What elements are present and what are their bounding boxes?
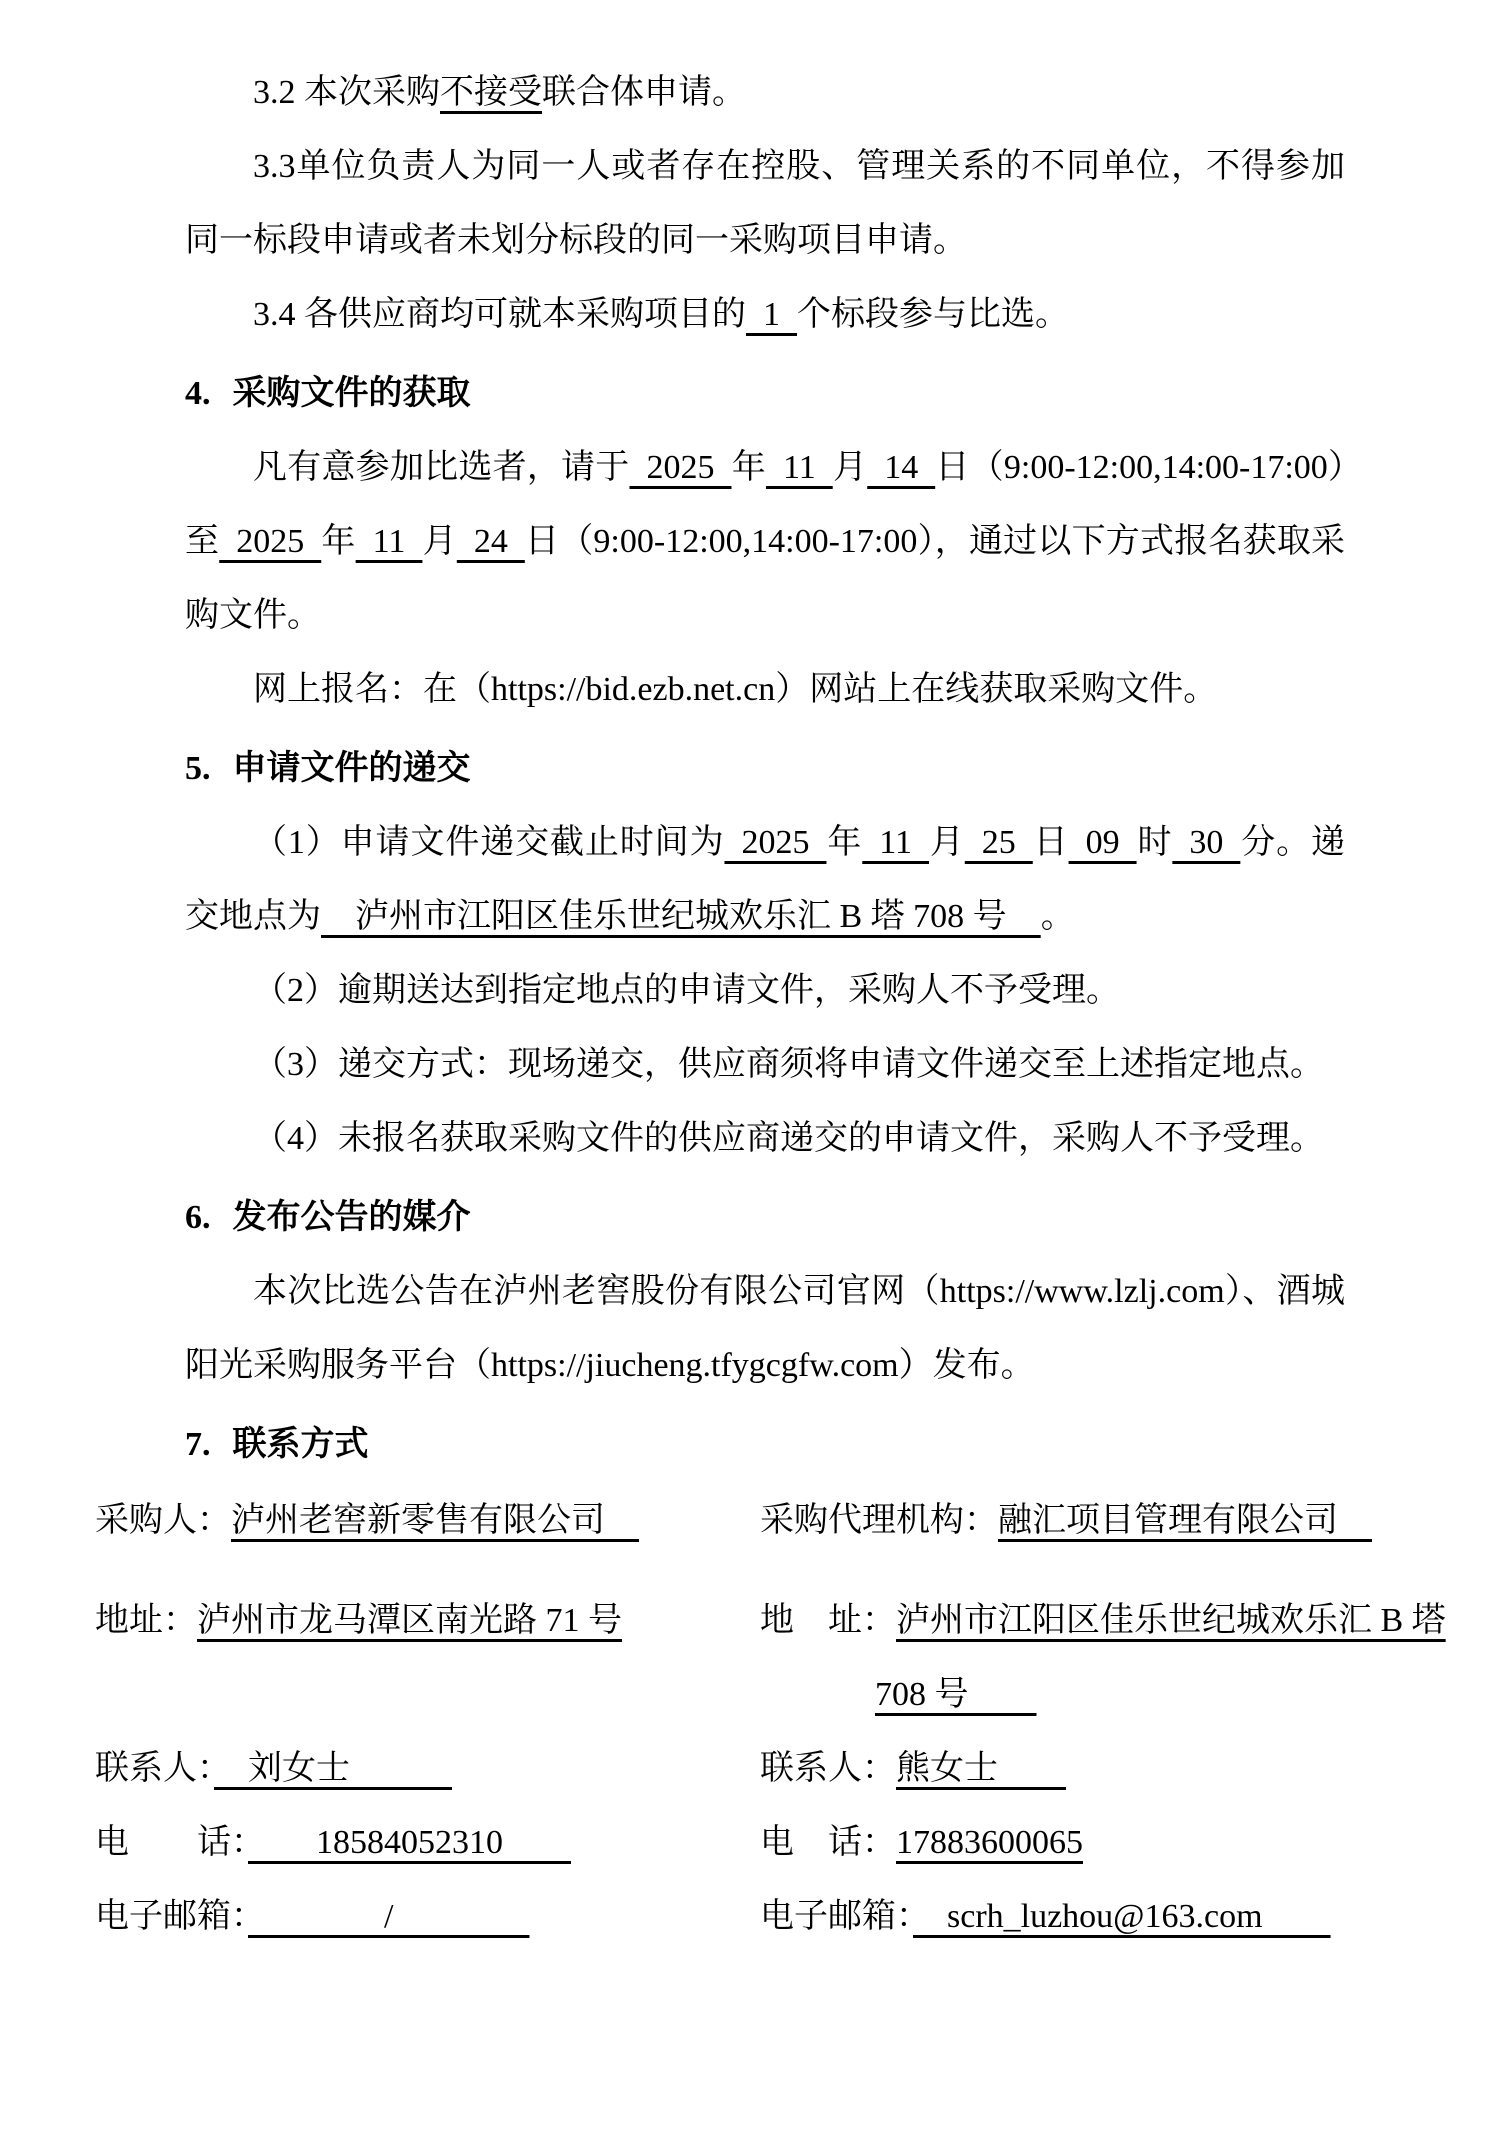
contact-cell-left: 采购人：泸州老窖新零售有限公司 bbox=[95, 1484, 740, 1558]
text-run: 日 bbox=[1033, 824, 1069, 861]
heading-number: 7. bbox=[185, 1426, 211, 1463]
underlined-text-run: 11 bbox=[862, 824, 929, 861]
underlined-text-run: 25 bbox=[965, 824, 1033, 861]
text-run: 3.4 各供应商均可就本采购项目的 bbox=[253, 296, 746, 333]
heading-number: 6. bbox=[185, 1199, 211, 1236]
heading-title: 申请文件的递交 bbox=[233, 749, 471, 787]
contact-value: 708 号 bbox=[875, 1676, 1037, 1713]
underlined-text-run: 09 bbox=[1069, 824, 1137, 861]
text-run: 联合体申请。 bbox=[542, 74, 746, 111]
contact-value: 18584052310 bbox=[248, 1824, 571, 1861]
contact-value: 融汇项目管理有限公司 bbox=[998, 1502, 1372, 1539]
text-run: 网上报名：在（https://bid.ezb.net.cn）网站上在线获取采购文… bbox=[253, 671, 1217, 708]
heading-title: 采购文件的获取 bbox=[233, 374, 471, 412]
text-run: 时 bbox=[1137, 824, 1173, 861]
paragraph-section-5-2: （2）逾期送达到指定地点的申请文件，采购人不予受理。 bbox=[185, 954, 1345, 1028]
contact-label: 联系人： bbox=[95, 1750, 214, 1787]
underlined-text-run: 泸州市江阳区佳乐世纪城欢乐汇 B 塔 708 号 bbox=[321, 898, 1041, 935]
contact-cell-right: 电子邮箱： scrh_luzhou@163.com bbox=[740, 1880, 1460, 1954]
contact-value: 刘女士 bbox=[214, 1750, 452, 1787]
contact-value: 泸州市龙马潭区南光路 71 号 bbox=[197, 1602, 622, 1639]
text-run: 个标段参与比选。 bbox=[797, 296, 1069, 333]
underlined-text-run: 2025 bbox=[630, 449, 732, 486]
paragraph-section-5-4: （4）未报名获取采购文件的供应商递交的申请文件，采购人不予受理。 bbox=[185, 1102, 1345, 1176]
section-heading-7: 7.联系方式 bbox=[185, 1407, 1345, 1482]
contact-value: scrh_luzhou@163.com bbox=[913, 1898, 1331, 1935]
contact-row: 电 话： 18584052310 电 话：17883600065 bbox=[95, 1806, 1460, 1880]
contact-value: 泸州老窖新零售有限公司 bbox=[231, 1502, 639, 1539]
contact-label: 电 话： bbox=[95, 1824, 248, 1861]
section-heading-5: 5.申请文件的递交 bbox=[185, 731, 1345, 806]
contact-cell-left: 联系人： 刘女士 bbox=[95, 1732, 740, 1806]
underlined-text-run: 不接受 bbox=[440, 74, 542, 111]
underlined-text-run: 2025 bbox=[724, 824, 826, 861]
contact-row: 电子邮箱： / 电子邮箱： scrh_luzhou@163.com bbox=[95, 1880, 1460, 1954]
contact-label: 采购代理机构： bbox=[760, 1502, 998, 1539]
text-run: （1）申请文件递交截止时间为 bbox=[253, 824, 724, 861]
contact-value: 17883600065 bbox=[896, 1824, 1083, 1861]
contact-cell-right: 地 址：泸州市江阳区佳乐世纪城欢乐汇 B 塔708 号 bbox=[740, 1584, 1460, 1732]
heading-title: 发布公告的媒介 bbox=[233, 1198, 471, 1236]
document-page: 3.2 本次采购不接受联合体申请。3.3单位负责人为同一人或者存在控股、管理关系… bbox=[0, 0, 1500, 2133]
paragraph-section-4-1: 凡有意参加比选者，请于 2025 年 11 月 14 日（9:00-12:00,… bbox=[185, 431, 1345, 653]
contact-label: 地址： bbox=[95, 1602, 197, 1639]
text-run: （3）递交方式：现场递交，供应商须将申请文件递交至上述指定地点。 bbox=[253, 1046, 1324, 1083]
contact-cell-left: 地址：泸州市龙马潭区南光路 71 号 bbox=[95, 1584, 740, 1658]
section-heading-4: 4.采购文件的获取 bbox=[185, 356, 1345, 431]
text-run: 年 bbox=[826, 824, 862, 861]
text-run: 凡有意参加比选者，请于 bbox=[253, 449, 630, 486]
contact-value: 泸州市江阳区佳乐世纪城欢乐汇 B 塔 bbox=[896, 1602, 1446, 1639]
contact-cell-left: 电子邮箱： / bbox=[95, 1880, 740, 1954]
text-run: （2）逾期送达到指定地点的申请文件，采购人不予受理。 bbox=[253, 972, 1120, 1009]
heading-number: 4. bbox=[185, 375, 211, 412]
underlined-text-run: 24 bbox=[457, 523, 525, 560]
underlined-text-run: 14 bbox=[867, 449, 935, 486]
contact-cell-left: 电 话： 18584052310 bbox=[95, 1806, 740, 1880]
text-run: 年 bbox=[732, 449, 766, 486]
text-run: 年 bbox=[321, 523, 355, 560]
text-run: （4）未报名获取采购文件的供应商递交的申请文件，采购人不予受理。 bbox=[253, 1120, 1324, 1157]
contact-label: 电子邮箱： bbox=[95, 1898, 248, 1935]
contact-value: / bbox=[248, 1898, 529, 1935]
contact-section: 采购人：泸州老窖新零售有限公司 采购代理机构：融汇项目管理有限公司 地址：泸州市… bbox=[95, 1484, 1460, 1954]
section-heading-6: 6.发布公告的媒介 bbox=[185, 1180, 1345, 1255]
contact-row: 地址：泸州市龙马潭区南光路 71 号地 址：泸州市江阳区佳乐世纪城欢乐汇 B 塔… bbox=[95, 1584, 1460, 1732]
underlined-text-run: 1 bbox=[746, 296, 797, 333]
text-run: 月 bbox=[929, 824, 965, 861]
paragraph-clause-3-2: 3.2 本次采购不接受联合体申请。 bbox=[185, 56, 1345, 130]
contact-cell-right: 电 话：17883600065 bbox=[740, 1806, 1460, 1880]
heading-number: 5. bbox=[185, 750, 211, 787]
document-body: 3.2 本次采购不接受联合体申请。3.3单位负责人为同一人或者存在控股、管理关系… bbox=[185, 56, 1345, 1482]
underlined-text-run: 11 bbox=[766, 449, 833, 486]
text-run: 本次比选公告在泸州老窖股份有限公司官网（https://www.lzlj.com… bbox=[185, 1273, 1345, 1384]
contact-label: 电子邮箱： bbox=[760, 1898, 913, 1935]
heading-title: 联系方式 bbox=[233, 1425, 369, 1463]
text-run: 3.3单位负责人为同一人或者存在控股、管理关系的不同单位，不得参加同一标段申请或… bbox=[185, 148, 1345, 259]
text-run: 。 bbox=[1041, 898, 1075, 935]
paragraph-section-6-1: 本次比选公告在泸州老窖股份有限公司官网（https://www.lzlj.com… bbox=[185, 1255, 1345, 1403]
contact-label: 联系人： bbox=[760, 1750, 896, 1787]
paragraph-section-5-1: （1）申请文件递交截止时间为 2025 年 11 月 25 日 09 时 30 … bbox=[185, 806, 1345, 954]
text-run: 3.2 本次采购 bbox=[253, 74, 440, 111]
contact-label: 地 址： bbox=[760, 1602, 896, 1639]
contact-value: 熊女士 bbox=[896, 1750, 1066, 1787]
contact-row: 采购人：泸州老窖新零售有限公司 采购代理机构：融汇项目管理有限公司 bbox=[95, 1484, 1460, 1558]
contact-row: 联系人： 刘女士 联系人：熊女士 bbox=[95, 1732, 1460, 1806]
paragraph-section-5-3: （3）递交方式：现场递交，供应商须将申请文件递交至上述指定地点。 bbox=[185, 1028, 1345, 1102]
underlined-text-run: 2025 bbox=[219, 523, 321, 560]
contact-cell-right: 联系人：熊女士 bbox=[740, 1732, 1460, 1806]
paragraph-section-4-2: 网上报名：在（https://bid.ezb.net.cn）网站上在线获取采购文… bbox=[185, 653, 1345, 727]
paragraph-clause-3-3: 3.3单位负责人为同一人或者存在控股、管理关系的不同单位，不得参加同一标段申请或… bbox=[185, 130, 1345, 278]
contact-value-line-2: 708 号 bbox=[760, 1658, 1460, 1732]
contact-cell-right: 采购代理机构：融汇项目管理有限公司 bbox=[740, 1484, 1460, 1558]
underlined-text-run: 11 bbox=[356, 523, 423, 560]
text-run: 月 bbox=[422, 523, 456, 560]
contact-label: 电 话： bbox=[760, 1824, 896, 1861]
underlined-text-run: 30 bbox=[1172, 824, 1240, 861]
contact-label: 采购人： bbox=[95, 1502, 231, 1539]
text-run: 月 bbox=[833, 449, 867, 486]
paragraph-clause-3-4: 3.4 各供应商均可就本采购项目的 1 个标段参与比选。 bbox=[185, 278, 1345, 352]
